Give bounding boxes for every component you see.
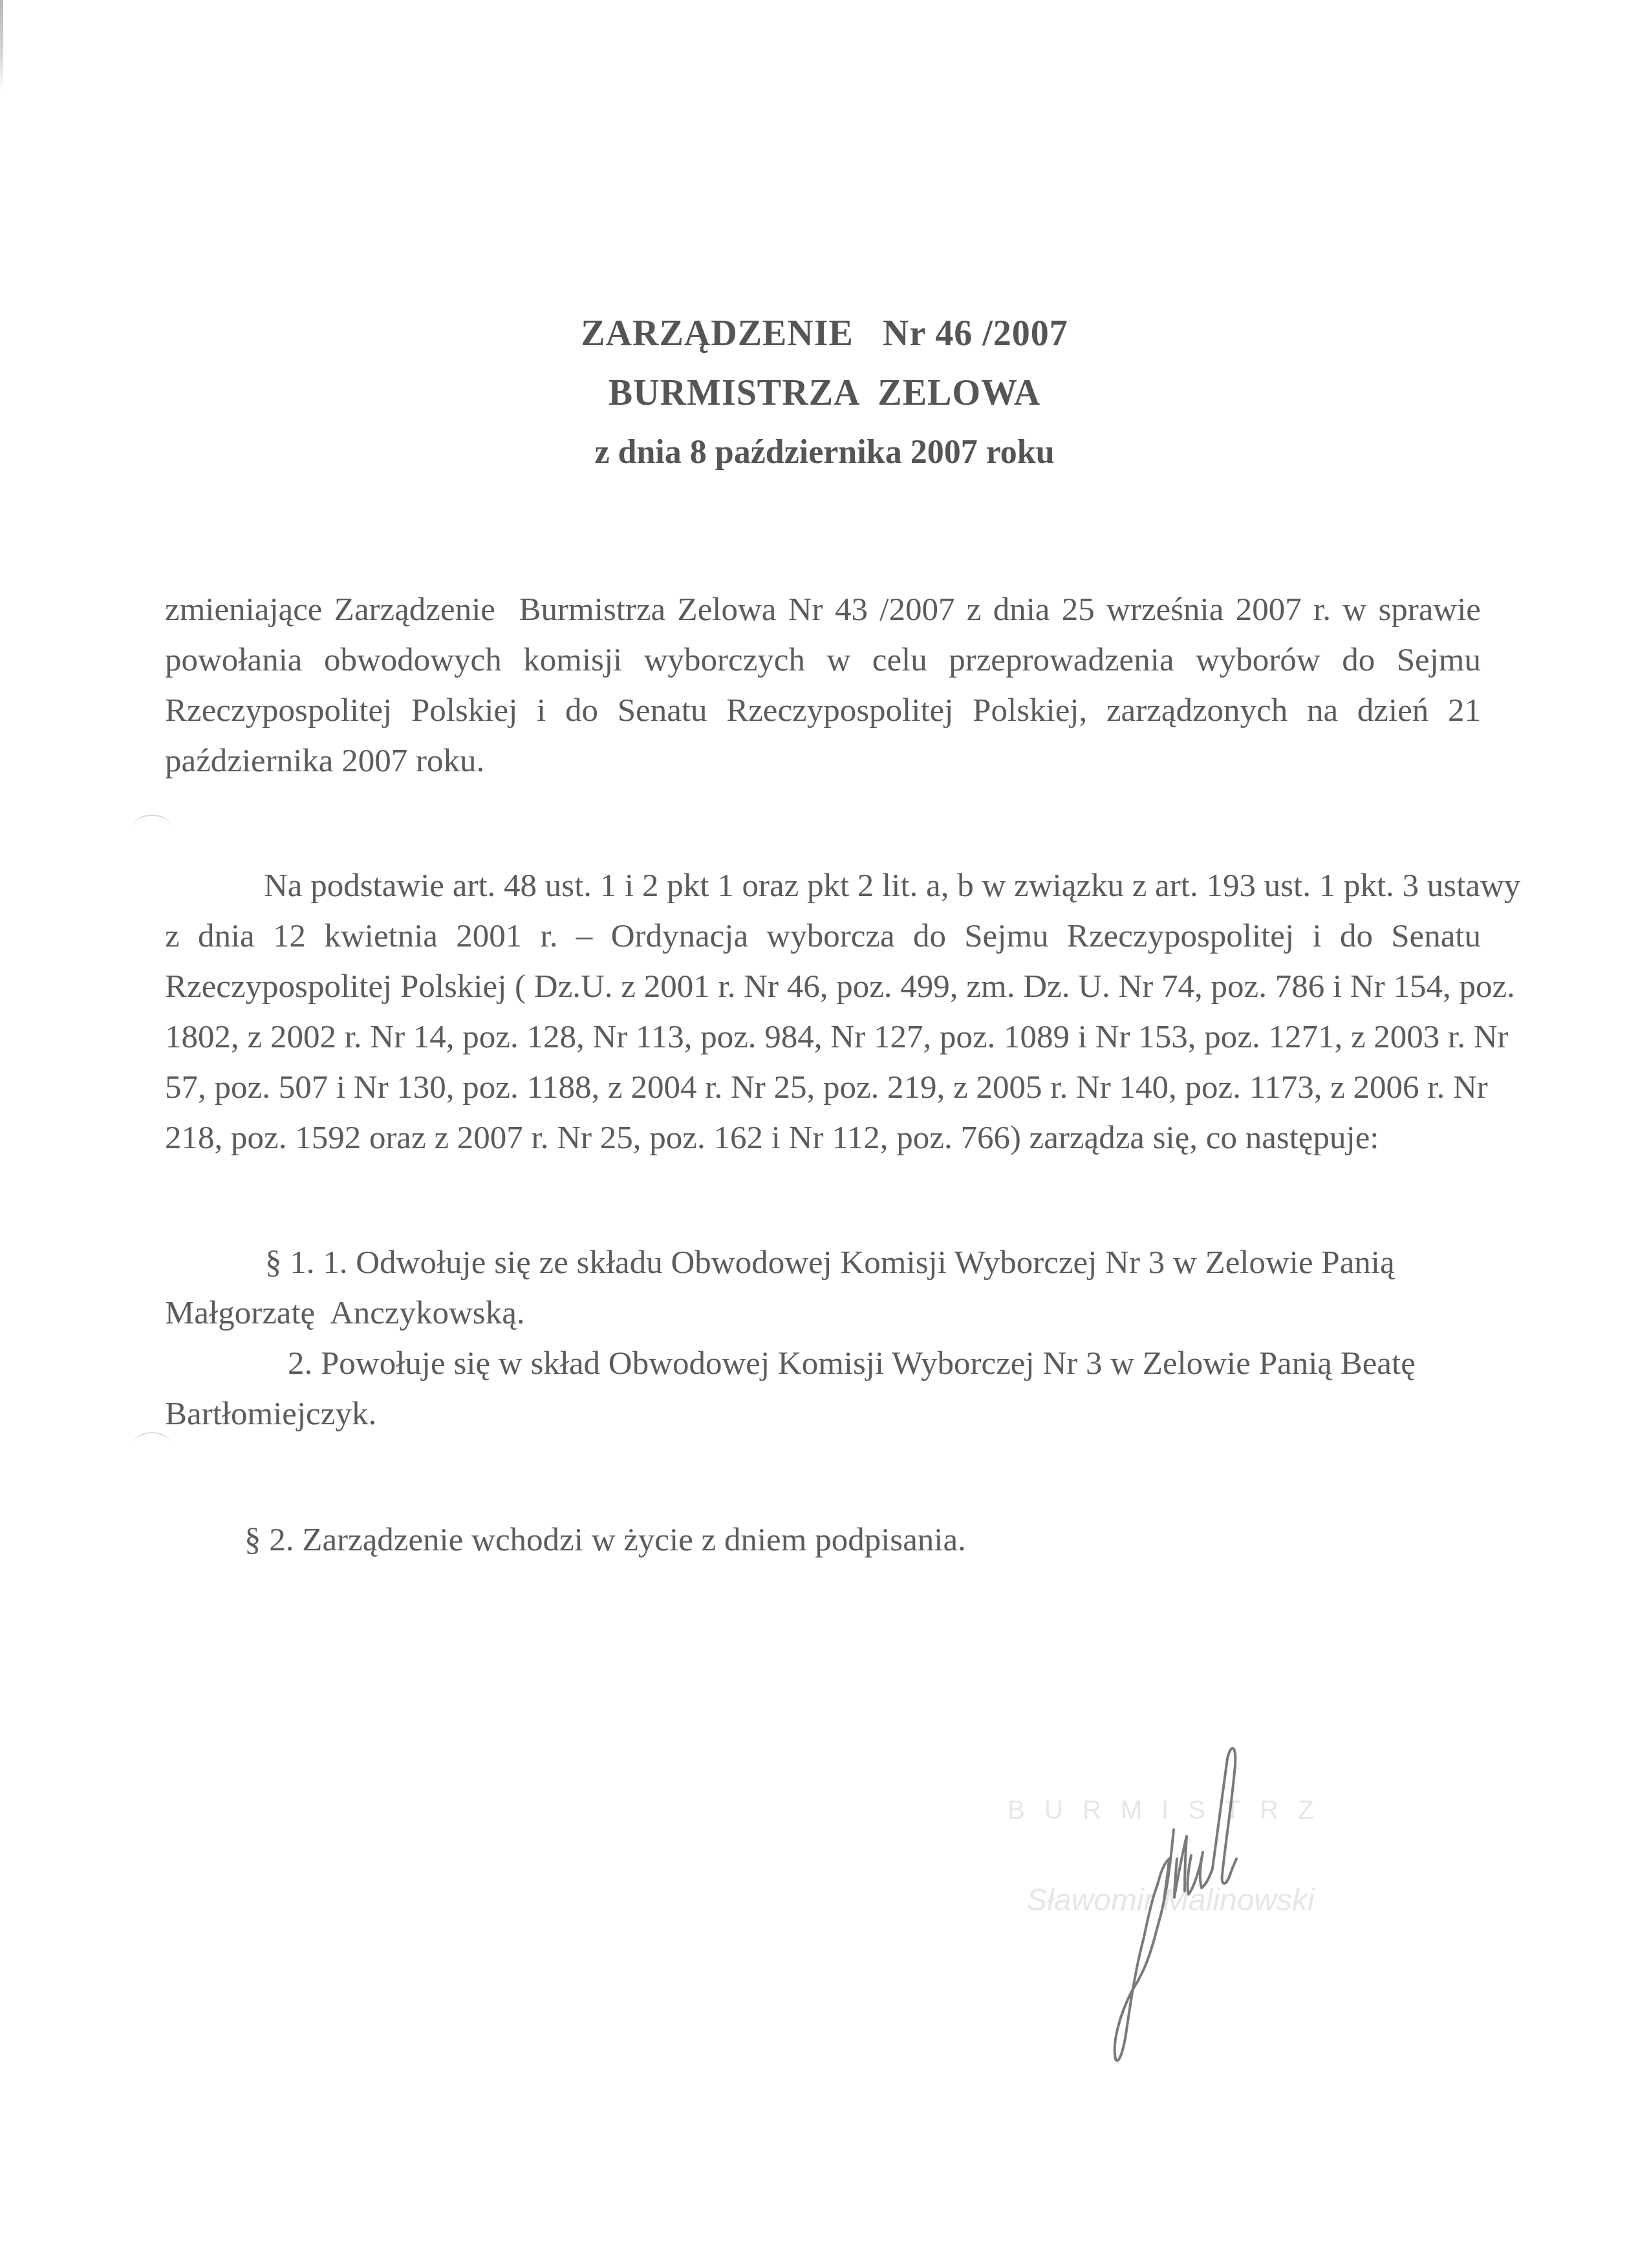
legal-basis-line: Rzeczypospolitej Polskiej ( Dz.U. z 2001…: [165, 967, 1481, 1006]
section-1-item-1: § 1. 1. Odwołuje się ze składu Obwodowej…: [265, 1243, 1395, 1282]
preamble-line: października 2007 roku.: [165, 742, 484, 780]
legal-basis-line: 1802, z 2002 r. Nr 14, poz. 128, Nr 113,…: [165, 1018, 1481, 1056]
section-1-item-2: 2. Powołuje się w skład Obwodowej Komisj…: [288, 1344, 1416, 1383]
section-1-item-1-cont: Małgorzatę Anczykowską.: [165, 1294, 525, 1332]
legal-basis-line: z dnia 12 kwietnia 2001 r. – Ordynacja w…: [165, 917, 1481, 956]
document-title: ZARZĄDZENIE Nr 46 /2007: [0, 304, 1649, 363]
document-header: ZARZĄDZENIE Nr 46 /2007 BURMISTRZA ZELOW…: [0, 304, 1649, 482]
scan-mark-artifact: [133, 815, 171, 842]
preamble-line: zmieniające Zarządzenie Burmistrza Zelow…: [165, 590, 1481, 629]
preamble-line: Rzeczypospolitej Polskiej i do Senatu Rz…: [165, 691, 1481, 730]
signature-icon: [1048, 1746, 1319, 2069]
preamble-line: powołania obwodowych komisji wyborczych …: [165, 641, 1481, 679]
scan-mark-artifact: [133, 1432, 171, 1459]
scan-edge-artifact: [0, 0, 3, 91]
section-2: § 2. Zarządzenie wchodzi w życie z dniem…: [244, 1521, 966, 1559]
section-1-item-2-cont: Bartłomiejczyk.: [165, 1395, 376, 1433]
legal-basis-line: Na podstawie art. 48 ust. 1 i 2 pkt 1 or…: [264, 866, 1481, 905]
document-issuer: BURMISTRZA ZELOWA: [0, 363, 1649, 423]
document-date: z dnia 8 października 2007 roku: [0, 423, 1649, 482]
legal-basis-line: 57, poz. 507 i Nr 130, poz. 1188, z 2004…: [165, 1068, 1481, 1107]
legal-basis-line: 218, poz. 1592 oraz z 2007 r. Nr 25, poz…: [165, 1118, 1379, 1157]
